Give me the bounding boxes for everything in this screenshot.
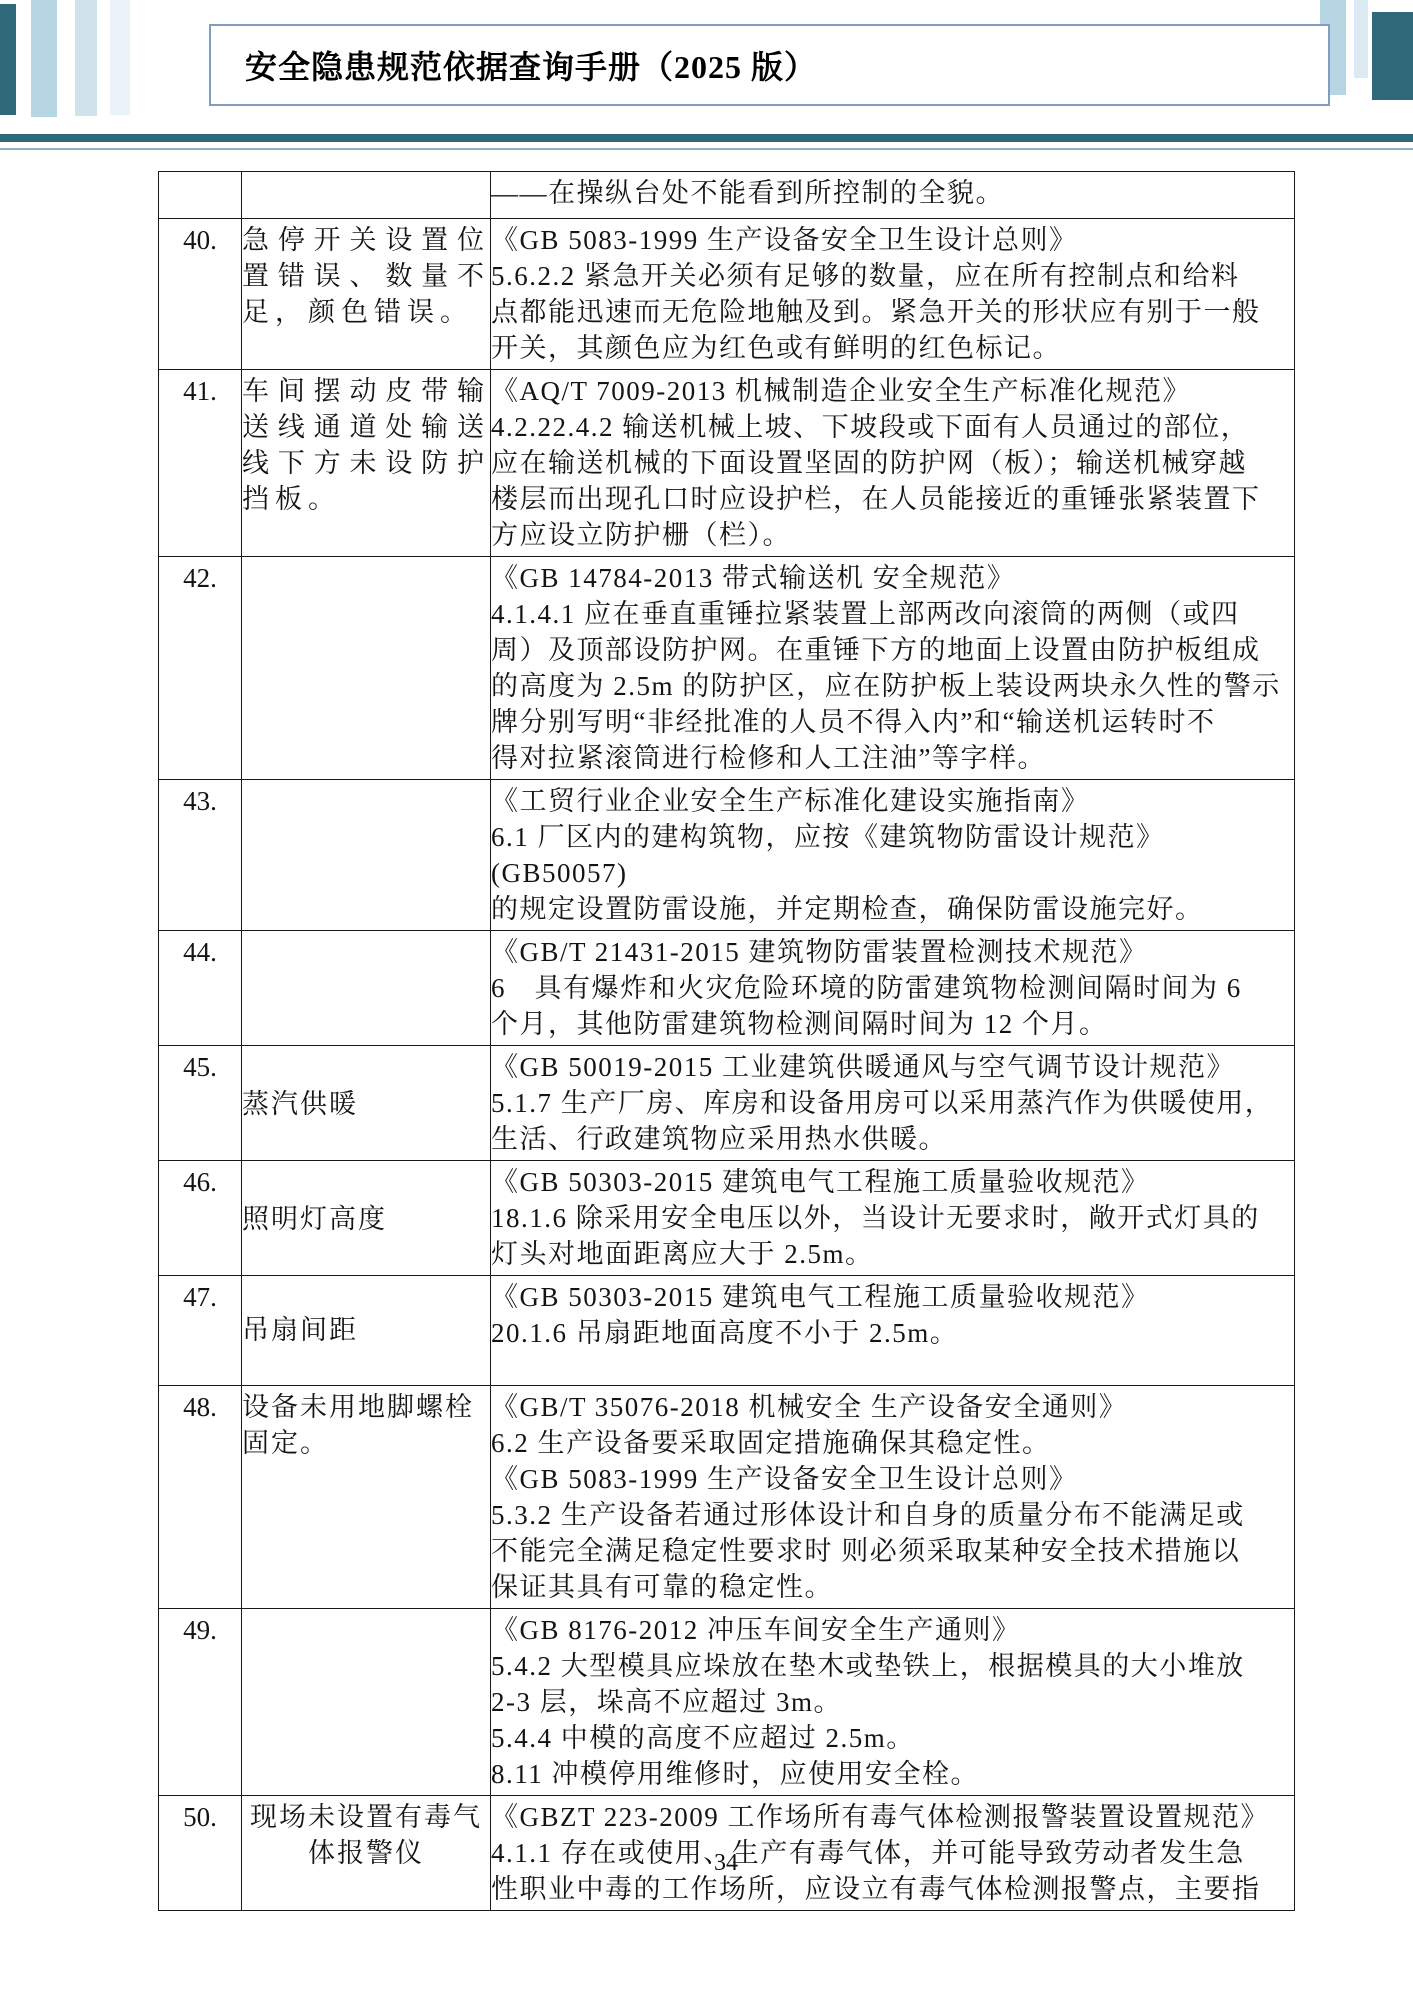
basis-line: 18.1.6 除采用安全电压以外，当设计无要求时，敞开式灯具的 <box>491 1200 1294 1236</box>
hazard-cell: 吊扇间距 <box>242 1276 491 1386</box>
basis-line: 5.4.2 大型模具应垛放在垫木或垫铁上，根据模具的大小堆放 <box>491 1648 1294 1684</box>
row-number: 47. <box>159 1276 242 1386</box>
regulation-table: ——在操纵台处不能看到所控制的全貌。 40. 急停开关设置位置错误、数量不足，颜… <box>158 171 1295 1911</box>
basis-line: ——在操纵台处不能看到所控制的全貌。 <box>491 175 1294 211</box>
basis-line: 《GB/T 21431-2015 建筑物防雷装置检测技术规范》 <box>491 934 1294 970</box>
decor-bar-right-2 <box>1354 0 1368 78</box>
basis-line: 《GB/T 35076-2018 机械安全 生产设备安全通则》 <box>491 1389 1294 1425</box>
row-number: 44. <box>159 931 242 1046</box>
basis-line: 方应设立防护栅（栏）。 <box>491 517 1294 553</box>
basis-line: 2-3 层，垛高不应超过 3m。 <box>491 1684 1294 1720</box>
row-number: 49. <box>159 1609 242 1796</box>
hazard-cell <box>242 780 491 931</box>
page-number: 34 <box>158 1850 1294 1877</box>
row-number: 40. <box>159 219 242 370</box>
row-number <box>159 172 242 219</box>
basis-line: 《工贸行业企业安全生产标准化建设实施指南》 <box>491 783 1294 819</box>
basis-line: 4.1.4.1 应在垂直重锤拉紧装置上部两改向滚筒的两侧（或四 <box>491 596 1294 632</box>
basis-cell: 《GB 5083-1999 生产设备安全卫生设计总则》 5.6.2.2 紧急开关… <box>491 219 1295 370</box>
basis-line: 6.1 厂区内的建构筑物，应按《建筑物防雷设计规范》(GB50057) <box>491 819 1294 891</box>
basis-line: 5.3.2 生产设备若通过形体设计和自身的质量分布不能满足或 <box>491 1497 1294 1533</box>
basis-cell: 《GB/T 35076-2018 机械安全 生产设备安全通则》 6.2 生产设备… <box>491 1386 1295 1609</box>
row-number: 48. <box>159 1386 242 1609</box>
decor-bar-left-3 <box>75 0 97 116</box>
basis-cell: 《GB 50019-2015 工业建筑供暖通风与空气调节设计规范》 5.1.7 … <box>491 1046 1295 1161</box>
basis-cell: 《GB 8176-2012 冲压车间安全生产通则》 5.4.2 大型模具应垛放在… <box>491 1609 1295 1796</box>
basis-line: 个月，其他防雷建筑物检测间隔时间为 12 个月。 <box>491 1006 1294 1042</box>
basis-line: 6 具有爆炸和火灾危险环境的防雷建筑物检测间隔时间为 6 <box>491 970 1294 1006</box>
basis-line: 开关，其颜色应为红色或有鲜明的红色标记。 <box>491 330 1294 366</box>
hazard-cell: 照明灯高度 <box>242 1161 491 1276</box>
basis-line: 《GB 8176-2012 冲压车间安全生产通则》 <box>491 1612 1294 1648</box>
basis-line: 《GB 5083-1999 生产设备安全卫生设计总则》 <box>491 222 1294 258</box>
basis-line: 《GB 50303-2015 建筑电气工程施工质量验收规范》 <box>491 1164 1294 1200</box>
basis-line: 5.1.7 生产厂房、库房和设备用房可以采用蒸汽作为供暖使用， <box>491 1085 1294 1121</box>
header-rule-thin <box>0 148 1413 150</box>
basis-line: 周）及顶部设防护网。在重锤下方的地面上设置由防护板组成 <box>491 632 1294 668</box>
row-number: 41. <box>159 370 242 557</box>
table-row: ——在操纵台处不能看到所控制的全貌。 <box>159 172 1295 219</box>
row-number: 45. <box>159 1046 242 1161</box>
decor-bar-left-4 <box>110 0 130 115</box>
basis-cell: 《GB 14784-2013 带式输送机 安全规范》 4.1.4.1 应在垂直重… <box>491 557 1295 780</box>
basis-line: 的规定设置防雷设施，并定期检查，确保防雷设施完好。 <box>491 891 1294 927</box>
decor-bar-right-dark <box>1372 12 1413 100</box>
table-row: 44. 《GB/T 21431-2015 建筑物防雷装置检测技术规范》 6 具有… <box>159 931 1295 1046</box>
basis-line: 生活、行政建筑物应采用热水供暖。 <box>491 1121 1294 1157</box>
table-row: 43. 《工贸行业企业安全生产标准化建设实施指南》 6.1 厂区内的建构筑物，应… <box>159 780 1295 931</box>
basis-line: 《GBZT 223-2009 工作场所有毒气体检测报警装置设置规范》 <box>491 1799 1294 1835</box>
basis-cell: ——在操纵台处不能看到所控制的全貌。 <box>491 172 1295 219</box>
hazard-cell: 急停开关设置位置错误、数量不足，颜色错误。 <box>242 219 491 370</box>
table-row: 46. 照明灯高度 《GB 50303-2015 建筑电气工程施工质量验收规范》… <box>159 1161 1295 1276</box>
basis-line: 楼层而出现孔口时应设护栏，在人员能接近的重锤张紧装置下 <box>491 481 1294 517</box>
basis-line: 20.1.6 吊扇距地面高度不小于 2.5m。 <box>491 1315 1294 1351</box>
basis-cell: 《工贸行业企业安全生产标准化建设实施指南》 6.1 厂区内的建构筑物，应按《建筑… <box>491 780 1295 931</box>
basis-line: 点都能迅速而无危险地触及到。紧急开关的形状应有别于一般 <box>491 294 1294 330</box>
basis-line: 《GB 14784-2013 带式输送机 安全规范》 <box>491 560 1294 596</box>
row-number: 42. <box>159 557 242 780</box>
basis-line: 不能完全满足稳定性要求时 则必须采取某种安全技术措施以 <box>491 1533 1294 1569</box>
basis-line: 5.6.2.2 紧急开关必须有足够的数量，应在所有控制点和给料 <box>491 258 1294 294</box>
basis-cell: 《GB/T 21431-2015 建筑物防雷装置检测技术规范》 6 具有爆炸和火… <box>491 931 1295 1046</box>
basis-line: 《GB 5083-1999 生产设备安全卫生设计总则》 <box>491 1461 1294 1497</box>
hazard-cell: 蒸汽供暖 <box>242 1046 491 1161</box>
basis-line: 应在输送机械的下面设置坚固的防护网（板）；输送机械穿越 <box>491 445 1294 481</box>
header-title-box: 安全隐患规范依据查询手册（2025 版） <box>209 24 1330 106</box>
basis-line: 6.2 生产设备要采取固定措施确保其稳定性。 <box>491 1425 1294 1461</box>
hazard-cell <box>242 557 491 780</box>
basis-line: 《GB 50303-2015 建筑电气工程施工质量验收规范》 <box>491 1279 1294 1315</box>
basis-line: 灯头对地面距离应大于 2.5m。 <box>491 1236 1294 1272</box>
decor-bar-left-dark <box>0 4 16 115</box>
basis-line: 得对拉紧滚筒进行检修和人工注油”等字样。 <box>491 740 1294 776</box>
hazard-cell <box>242 931 491 1046</box>
table-row: 42. 《GB 14784-2013 带式输送机 安全规范》 4.1.4.1 应… <box>159 557 1295 780</box>
basis-line: 《AQ/T 7009-2013 机械制造企业安全生产标准化规范》 <box>491 373 1294 409</box>
basis-line: 5.4.4 中模的高度不应超过 2.5m。 <box>491 1720 1294 1756</box>
table-row: 49. 《GB 8176-2012 冲压车间安全生产通则》 5.4.2 大型模具… <box>159 1609 1295 1796</box>
document-page: { "header": { "title": "安全隐患规范依据查询手册（202… <box>0 0 1413 2000</box>
hazard-cell <box>242 1609 491 1796</box>
row-number: 43. <box>159 780 242 931</box>
basis-line: 保证其具有可靠的稳定性。 <box>491 1569 1294 1605</box>
basis-line: 4.2.22.4.2 输送机械上坡、下坡段或下面有人员通过的部位， <box>491 409 1294 445</box>
table-row: 41. 车间摆动皮带输送线通道处输送线下方未设防护挡板。 《AQ/T 7009-… <box>159 370 1295 557</box>
basis-cell: 《GB 50303-2015 建筑电气工程施工质量验收规范》 18.1.6 除采… <box>491 1161 1295 1276</box>
basis-line: 牌分别写明“非经批准的人员不得入内”和“输送机运转时不 <box>491 704 1294 740</box>
basis-cell: 《GB 50303-2015 建筑电气工程施工质量验收规范》 20.1.6 吊扇… <box>491 1276 1295 1386</box>
table-row: 48. 设备未用地脚螺栓固定。 《GB/T 35076-2018 机械安全 生产… <box>159 1386 1295 1609</box>
table-row: 45. 蒸汽供暖 《GB 50019-2015 工业建筑供暖通风与空气调节设计规… <box>159 1046 1295 1161</box>
hazard-cell <box>242 172 491 219</box>
row-number: 46. <box>159 1161 242 1276</box>
basis-line: 8.11 冲模停用维修时，应使用安全栓。 <box>491 1756 1294 1792</box>
decor-bar-left-2 <box>31 0 57 117</box>
basis-cell: 《AQ/T 7009-2013 机械制造企业安全生产标准化规范》 4.2.22.… <box>491 370 1295 557</box>
hazard-cell: 车间摆动皮带输送线通道处输送线下方未设防护挡板。 <box>242 370 491 557</box>
page-title: 安全隐患规范依据查询手册（2025 版） <box>211 42 817 88</box>
basis-line: 的高度为 2.5m 的防护区，应在防护板上装设两块永久性的警示 <box>491 668 1294 704</box>
table-row: 47. 吊扇间距 《GB 50303-2015 建筑电气工程施工质量验收规范》 … <box>159 1276 1295 1386</box>
basis-line: 《GB 50019-2015 工业建筑供暖通风与空气调节设计规范》 <box>491 1049 1294 1085</box>
hazard-cell: 设备未用地脚螺栓固定。 <box>242 1386 491 1609</box>
header-rule-thick <box>0 134 1413 142</box>
table-row: 40. 急停开关设置位置错误、数量不足，颜色错误。 《GB 5083-1999 … <box>159 219 1295 370</box>
